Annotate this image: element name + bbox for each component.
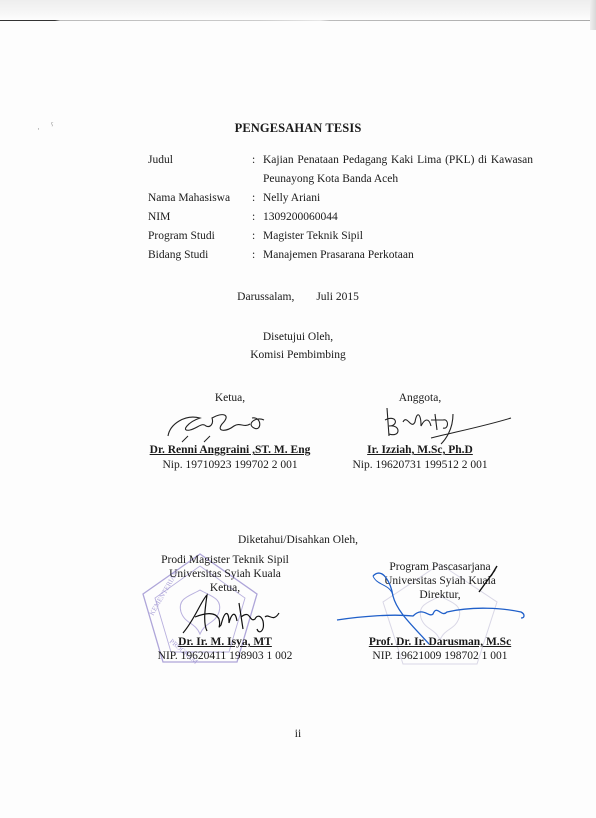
- signature-block-prodi: Prodi Magister Teknik Sipil Universitas …: [145, 553, 305, 663]
- committee-label: Komisi Pembimbing: [0, 349, 596, 361]
- signature-anggota: [345, 410, 495, 444]
- signer-nip: Nip. 19620731 199512 2 001: [345, 459, 495, 471]
- university-name: Universitas Syiah Kuala: [145, 567, 305, 581]
- field-colon: :: [252, 192, 263, 204]
- signature-block-anggota: Anggota, Ir. Izziah, M.Sc, Ph.D Nip. 196…: [345, 392, 495, 471]
- field-label: Nama Mahasiswa: [148, 192, 252, 204]
- date: Juli 2015: [316, 291, 359, 303]
- field-row-bidang: Bidang Studi : Manajemen Prasarana Perko…: [148, 245, 533, 264]
- signer-name: Dr. Ir. M. Isya, MT: [145, 635, 305, 649]
- signature-block-ketua: Ketua, Dr. Renni Anggraini ,ST. M. Eng N…: [140, 392, 320, 471]
- signature-prodi: [145, 595, 305, 635]
- handwritten-signature-icon: [140, 406, 320, 446]
- scan-edge-line: [0, 20, 596, 21]
- signer-nip: NIP. 19620411 198903 1 002: [145, 649, 305, 663]
- scan-shadow-right: [590, 0, 596, 30]
- field-value: Manajemen Prasarana Perkotaan: [263, 249, 533, 261]
- handwritten-signature-icon: [145, 589, 305, 637]
- field-value: Nelly Ariani: [263, 192, 533, 204]
- field-label: NIM: [148, 211, 252, 223]
- field-row-judul: Judul : Kajian Penataan Pedagang Kaki Li…: [148, 150, 533, 169]
- approved-by-label: Disetujui Oleh,: [0, 331, 596, 343]
- document-title: PENGESAHAN TESIS: [0, 121, 596, 136]
- field-value: Magister Teknik Sipil: [263, 230, 533, 242]
- field-value: Kajian Penataan Pedagang Kaki Lima (PKL)…: [263, 154, 533, 166]
- field-value-continuation: Peunayong Kota Banda Aceh: [148, 169, 533, 188]
- thesis-info-table: Judul : Kajian Penataan Pedagang Kaki Li…: [148, 150, 533, 264]
- field-row-nama: Nama Mahasiswa : Nelly Ariani: [148, 188, 533, 207]
- field-colon: :: [252, 211, 263, 223]
- signer-nip: Nip. 19710923 199702 2 001: [140, 459, 320, 471]
- field-colon: :: [252, 249, 263, 261]
- signature-ketua: [140, 410, 320, 444]
- unit-name: Prodi Magister Teknik Sipil: [145, 553, 305, 567]
- field-colon: :: [252, 230, 263, 242]
- signature-block-pascasarjana: Program Pascasarjana Universitas Syiah K…: [355, 560, 525, 663]
- field-label: Judul: [148, 154, 252, 166]
- field-value: 1309200060044: [263, 211, 533, 223]
- handwritten-signature-icon: [333, 556, 533, 646]
- place-date: Darussalam,Juli 2015: [0, 291, 596, 303]
- acknowledged-by-label: Diketahui/Disahkan Oleh,: [0, 534, 596, 546]
- page-number: ii: [0, 728, 596, 740]
- field-label: Program Studi: [148, 230, 252, 242]
- signature-pascasarjana: [355, 602, 525, 635]
- field-row-nim: NIM : 1309200060044: [148, 207, 533, 226]
- signer-nip: NIP. 19621009 198702 1 001: [355, 649, 525, 663]
- scan-shadow-top: [0, 0, 596, 20]
- place: Darussalam,: [237, 291, 294, 303]
- field-row-program: Program Studi : Magister Teknik Sipil: [148, 226, 533, 245]
- field-colon: :: [252, 154, 263, 166]
- field-label: Bidang Studi: [148, 249, 252, 261]
- handwritten-signature-icon: [345, 400, 525, 446]
